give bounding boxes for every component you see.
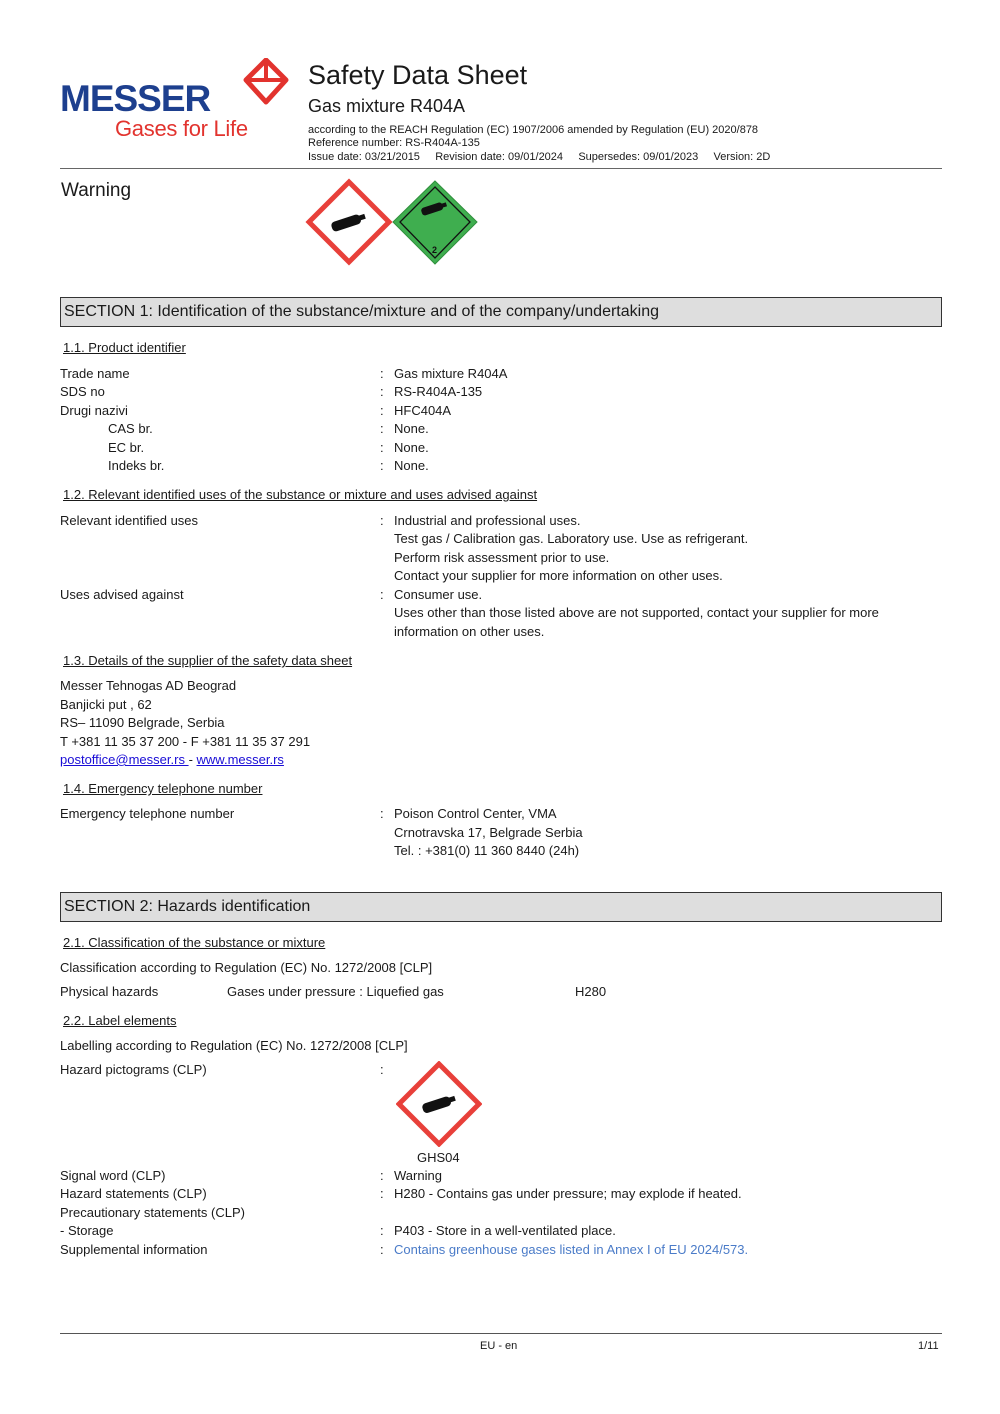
signal-word-header: Warning xyxy=(61,180,131,202)
signal-word-label: Signal word (CLP) xyxy=(60,1168,166,1183)
emergency-line-1: Poison Control Center, VMA xyxy=(394,806,557,821)
use-against-1: Consumer use. xyxy=(394,587,482,602)
emergency-line-3: Tel. : +381(0) 11 360 8440 (24h) xyxy=(394,843,579,858)
section-1-header: SECTION 1: Identification of the substan… xyxy=(60,297,942,327)
sds-no-label: SDS no xyxy=(60,384,105,399)
colon: : xyxy=(380,1186,384,1201)
relevant-use-2: Test gas / Calibration gas. Laboratory u… xyxy=(394,531,748,546)
signal-word-value: Warning xyxy=(394,1168,442,1183)
emergency-label: Emergency telephone number xyxy=(60,806,234,821)
colon: : xyxy=(380,806,384,821)
hazard-statements-value: H280 - Contains gas under pressure; may … xyxy=(394,1186,742,1201)
version: Version: 2D xyxy=(713,151,770,163)
sds-no-value: RS-R404A-135 xyxy=(394,384,482,399)
colon: : xyxy=(380,1168,384,1183)
messer-logo: MESSER Gases for Life xyxy=(60,58,290,143)
use-against-3: information on other uses. xyxy=(394,624,544,639)
cas-label: CAS br. xyxy=(108,421,153,436)
product-name: Gas mixture R404A xyxy=(308,96,465,117)
brand-tagline: Gases for Life xyxy=(115,116,248,142)
uses-against-label: Uses advised against xyxy=(60,587,184,602)
link-separator: - xyxy=(189,752,197,767)
document-title: Safety Data Sheet xyxy=(308,60,527,91)
colon: : xyxy=(380,1223,384,1238)
use-against-2: Uses other than those listed above are n… xyxy=(394,605,879,620)
colon: : xyxy=(380,1062,384,1077)
storage-value: P403 - Store in a well-ventilated place. xyxy=(394,1223,616,1238)
supplier-phone: T +381 11 35 37 200 - F +381 11 35 37 29… xyxy=(60,734,310,749)
supplier-contacts: postoffice@messer.rs - www.messer.rs xyxy=(60,752,284,767)
svg-text:2: 2 xyxy=(432,245,437,255)
revision-date: Revision date: 09/01/2024 xyxy=(435,151,563,163)
colon: : xyxy=(380,366,384,381)
subsection-2-2-title: 2.2. Label elements xyxy=(63,1013,176,1028)
physical-hazards-code: H280 xyxy=(575,984,606,999)
trade-name-label: Trade name xyxy=(60,366,130,381)
colon: : xyxy=(380,421,384,436)
subsection-2-1-title: 2.1. Classification of the substance or … xyxy=(63,935,325,950)
supplier-street: Banjicki put , 62 xyxy=(60,697,152,712)
relevant-uses-label: Relevant identified uses xyxy=(60,513,198,528)
section-2-header: SECTION 2: Hazards identification xyxy=(60,892,942,922)
physical-hazards-value: Gases under pressure : Liquefied gas xyxy=(227,984,444,999)
pictogram-code: GHS04 xyxy=(417,1150,460,1165)
cas-value: None. xyxy=(394,421,429,436)
ec-label: EC br. xyxy=(108,440,144,455)
relevant-use-3: Perform risk assessment prior to use. xyxy=(394,550,609,565)
adr-class2-gas-icon: 2 xyxy=(393,181,477,264)
index-value: None. xyxy=(394,458,429,473)
index-label: Indeks br. xyxy=(108,458,164,473)
colon: : xyxy=(380,513,384,528)
brand-name: MESSER xyxy=(60,78,210,120)
website-link[interactable]: www.messer.rs xyxy=(197,752,284,767)
hazard-statements-label: Hazard statements (CLP) xyxy=(60,1186,207,1201)
colon: : xyxy=(380,1242,384,1257)
colon: : xyxy=(380,587,384,602)
colon: : xyxy=(380,458,384,473)
precautionary-statements-label: Precautionary statements (CLP) xyxy=(60,1205,245,1220)
colon: : xyxy=(380,384,384,399)
classification-note: Classification according to Regulation (… xyxy=(60,960,432,975)
email-link[interactable]: postoffice@messer.rs xyxy=(60,752,189,767)
other-names-value: HFC404A xyxy=(394,403,451,418)
issue-date: Issue date: 03/21/2015 xyxy=(308,151,420,163)
relevant-use-1: Industrial and professional uses. xyxy=(394,513,580,528)
subsection-1-4-title: 1.4. Emergency telephone number xyxy=(63,781,262,796)
emergency-line-2: Crnotravska 17, Belgrade Serbia xyxy=(394,825,583,840)
relevant-use-4: Contact your supplier for more informati… xyxy=(394,568,723,583)
subsection-1-2-title: 1.2. Relevant identified uses of the sub… xyxy=(63,487,537,502)
regulation-note: according to the REACH Regulation (EC) 1… xyxy=(308,124,758,136)
subsection-1-3-title: 1.3. Details of the supplier of the safe… xyxy=(63,653,352,668)
trade-name-value: Gas mixture R404A xyxy=(394,366,507,381)
labelling-note: Labelling according to Regulation (EC) N… xyxy=(60,1038,408,1053)
reference-number: Reference number: RS-R404A-135 xyxy=(308,137,480,149)
messer-emblem-icon xyxy=(242,58,290,106)
footer-locale: EU - en xyxy=(480,1340,517,1352)
supersedes-date: Supersedes: 09/01/2023 xyxy=(578,151,698,163)
document-dates: Issue date: 03/21/2015 Revision date: 09… xyxy=(308,151,770,163)
supplier-city: RS– 11090 Belgrade, Serbia xyxy=(60,715,225,730)
supplier-name: Messer Tehnogas AD Beograd xyxy=(60,678,236,693)
supplemental-info-value: Contains greenhouse gases listed in Anne… xyxy=(394,1242,748,1257)
colon: : xyxy=(380,440,384,455)
subsection-1-1-title: 1.1. Product identifier xyxy=(63,340,186,355)
colon: : xyxy=(380,403,384,418)
hazard-pictograms: 2 xyxy=(305,178,480,266)
ghs04-gas-cylinder-icon xyxy=(396,1061,482,1147)
ghs04-gas-cylinder-icon xyxy=(309,182,389,262)
storage-label: - Storage xyxy=(60,1223,113,1238)
ec-value: None. xyxy=(394,440,429,455)
page-number: 1/11 xyxy=(918,1340,939,1352)
supplemental-info-label: Supplemental information xyxy=(60,1242,207,1257)
hazard-pictograms-label: Hazard pictograms (CLP) xyxy=(60,1062,207,1077)
other-names-label: Drugi nazivi xyxy=(60,403,128,418)
header-divider xyxy=(60,168,942,169)
physical-hazards-label: Physical hazards xyxy=(60,984,158,999)
footer-divider xyxy=(60,1333,942,1334)
